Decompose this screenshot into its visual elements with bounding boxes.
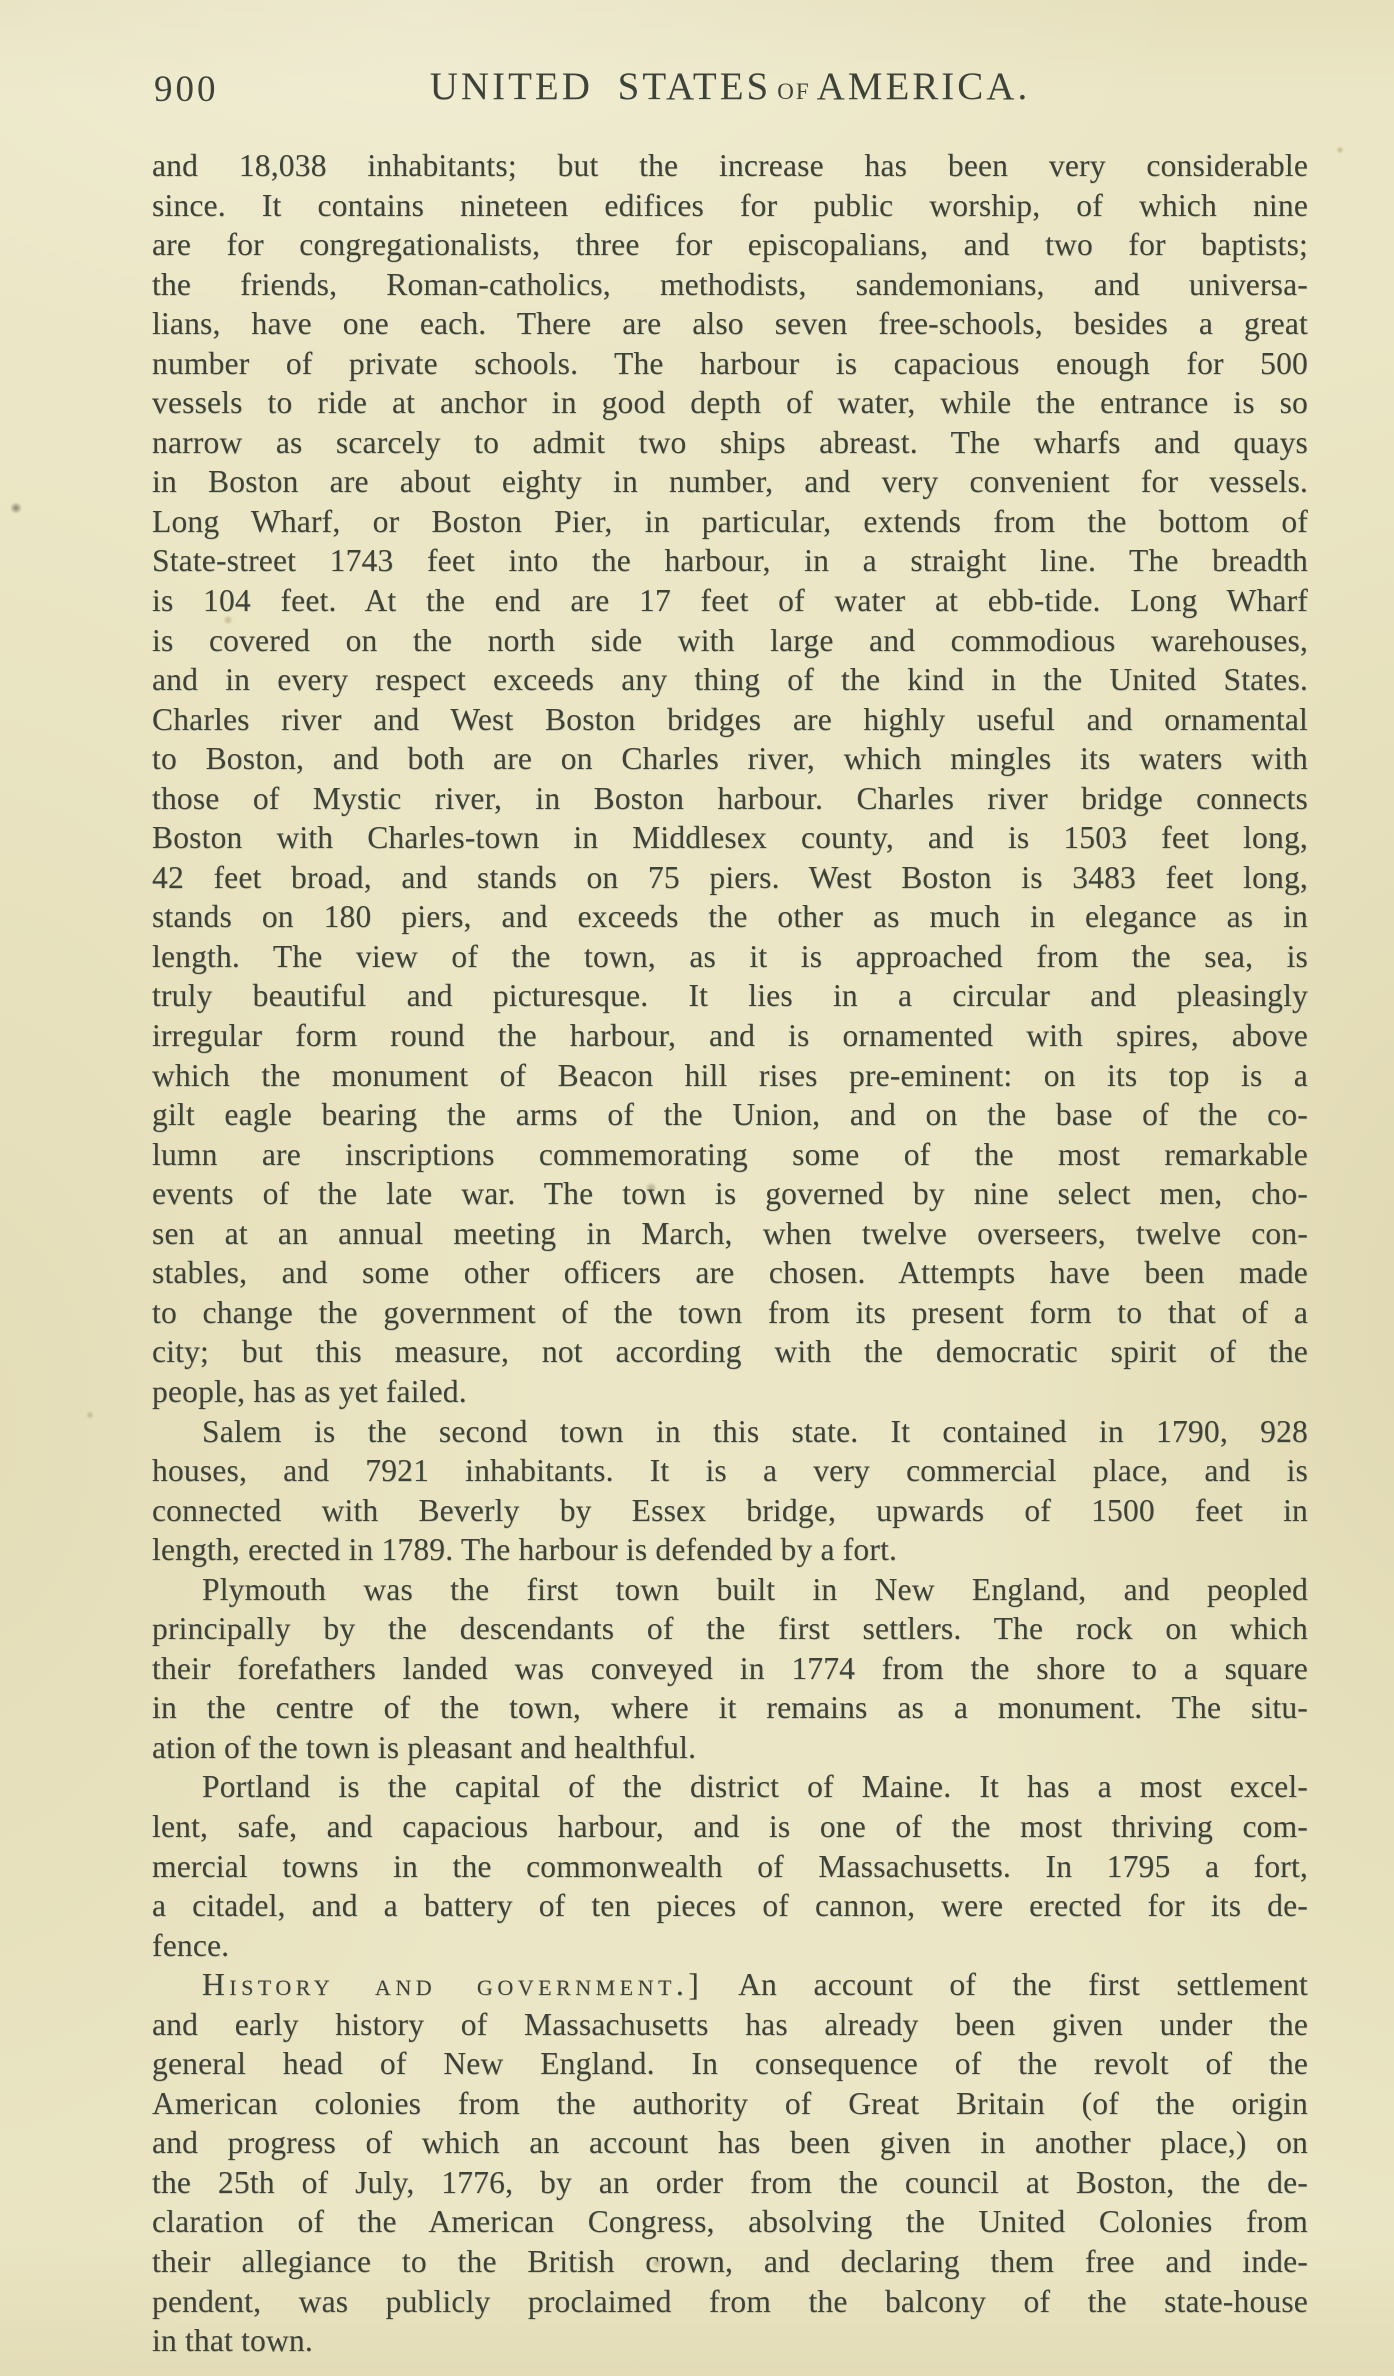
- text-line: irregular form round the harbour, and is…: [152, 1016, 1308, 1056]
- body-text: and 18,038 inhabitants; but the increase…: [152, 146, 1308, 2361]
- text-line: events of the late war. The town is gove…: [152, 1174, 1308, 1214]
- text-line: State-street 1743 feet into the harbour,…: [152, 541, 1308, 581]
- text-line: 42 feet broad, and stands on 75 piers. W…: [152, 858, 1308, 898]
- text-line: gilt eagle bearing the arms of the Union…: [152, 1095, 1308, 1135]
- book-page: 900 UNITED STATESofAMERICA. and 18,038 i…: [0, 0, 1394, 2376]
- text-line: people, has as yet failed.: [152, 1372, 1308, 1412]
- text-line: are for congregationalists, three for ep…: [152, 225, 1308, 265]
- text-line: those of Mystic river, in Boston harbour…: [152, 779, 1308, 819]
- text-line: and early history of Massachusetts has a…: [152, 2005, 1308, 2045]
- text-line: mercial towns in the commonwealth of Mas…: [152, 1847, 1308, 1887]
- text-line: number of private schools. The harbour i…: [152, 344, 1308, 384]
- text-line: their allegiance to the British crown, a…: [152, 2242, 1308, 2282]
- text-line: since. It contains nineteen edifices for…: [152, 186, 1308, 226]
- text-line: principally by the descendants of the fi…: [152, 1609, 1308, 1649]
- text-line: in that town.: [152, 2321, 1308, 2361]
- text-line: the 25th of July, 1776, by an order from…: [152, 2163, 1308, 2203]
- running-head: 900 UNITED STATESofAMERICA.: [152, 64, 1308, 112]
- text-line: vessels to ride at anchor in good depth …: [152, 383, 1308, 423]
- text-line: in Boston are about eighty in number, an…: [152, 462, 1308, 502]
- text-line: ation of the town is pleasant and health…: [152, 1728, 1308, 1768]
- text-line: stands on 180 piers, and exceeds the oth…: [152, 897, 1308, 937]
- text-line: pendent, was publicly proclaimed from th…: [152, 2282, 1308, 2322]
- text-line: is 104 feet. At the end are 17 feet of w…: [152, 581, 1308, 621]
- text-line: American colonies from the authority of …: [152, 2084, 1308, 2124]
- text-line: and progress of which an account has bee…: [152, 2123, 1308, 2163]
- text-line: length, erected in 1789. The harbour is …: [152, 1530, 1308, 1570]
- page-number: 900: [154, 68, 219, 111]
- text-line: Charles river and West Boston bridges ar…: [152, 700, 1308, 740]
- text-line: which the monument of Beacon hill rises …: [152, 1056, 1308, 1096]
- text-line: city; but this measure, not according wi…: [152, 1332, 1308, 1372]
- section-heading: History and government.]: [202, 1967, 703, 2002]
- text-line: truly beautiful and picturesque. It lies…: [152, 976, 1308, 1016]
- text-line: is covered on the north side with large …: [152, 621, 1308, 661]
- text-line: lumn are inscriptions commemorating some…: [152, 1135, 1308, 1175]
- text-line: fence.: [152, 1926, 1308, 1966]
- text-line: History and government.] An account of t…: [152, 1965, 1308, 2005]
- text-line: general head of New England. In conseque…: [152, 2044, 1308, 2084]
- page-title: UNITED STATESofAMERICA.: [152, 64, 1308, 109]
- text-line: in the centre of the town, where it rema…: [152, 1688, 1308, 1728]
- page-title-part1: UNITED STATES: [430, 65, 771, 108]
- text-line: claration of the American Congress, abso…: [152, 2202, 1308, 2242]
- page-title-part2: AMERICA.: [817, 65, 1031, 108]
- text-line: Long Wharf, or Boston Pier, in particula…: [152, 502, 1308, 542]
- text-line: the friends, Roman-catholics, methodists…: [152, 265, 1308, 305]
- text-line: connected with Beverly by Essex bridge, …: [152, 1491, 1308, 1531]
- text-line: their forefathers landed was conveyed in…: [152, 1649, 1308, 1689]
- text-line: lians, have one each. There are also sev…: [152, 304, 1308, 344]
- text-line: stables, and some other officers are cho…: [152, 1253, 1308, 1293]
- page-title-of: of: [777, 71, 810, 107]
- text-line: a citadel, and a battery of ten pieces o…: [152, 1886, 1308, 1926]
- text-line: Plymouth was the first town built in New…: [152, 1570, 1308, 1610]
- text-line: and in every respect exceeds any thing o…: [152, 660, 1308, 700]
- text-line: narrow as scarcely to admit two ships ab…: [152, 423, 1308, 463]
- text-line: Boston with Charles-town in Middlesex co…: [152, 818, 1308, 858]
- text-line: houses, and 7921 inhabitants. It is a ve…: [152, 1451, 1308, 1491]
- text-line: Salem is the second town in this state. …: [152, 1412, 1308, 1452]
- text-line: length. The view of the town, as it is a…: [152, 937, 1308, 977]
- text-line: Portland is the capital of the district …: [152, 1767, 1308, 1807]
- text-line: sen at an annual meeting in March, when …: [152, 1214, 1308, 1254]
- text-line: lent, safe, and capacious harbour, and i…: [152, 1807, 1308, 1847]
- text-line: and 18,038 inhabitants; but the increase…: [152, 146, 1308, 186]
- text-line: to Boston, and both are on Charles river…: [152, 739, 1308, 779]
- text-line: to change the government of the town fro…: [152, 1293, 1308, 1333]
